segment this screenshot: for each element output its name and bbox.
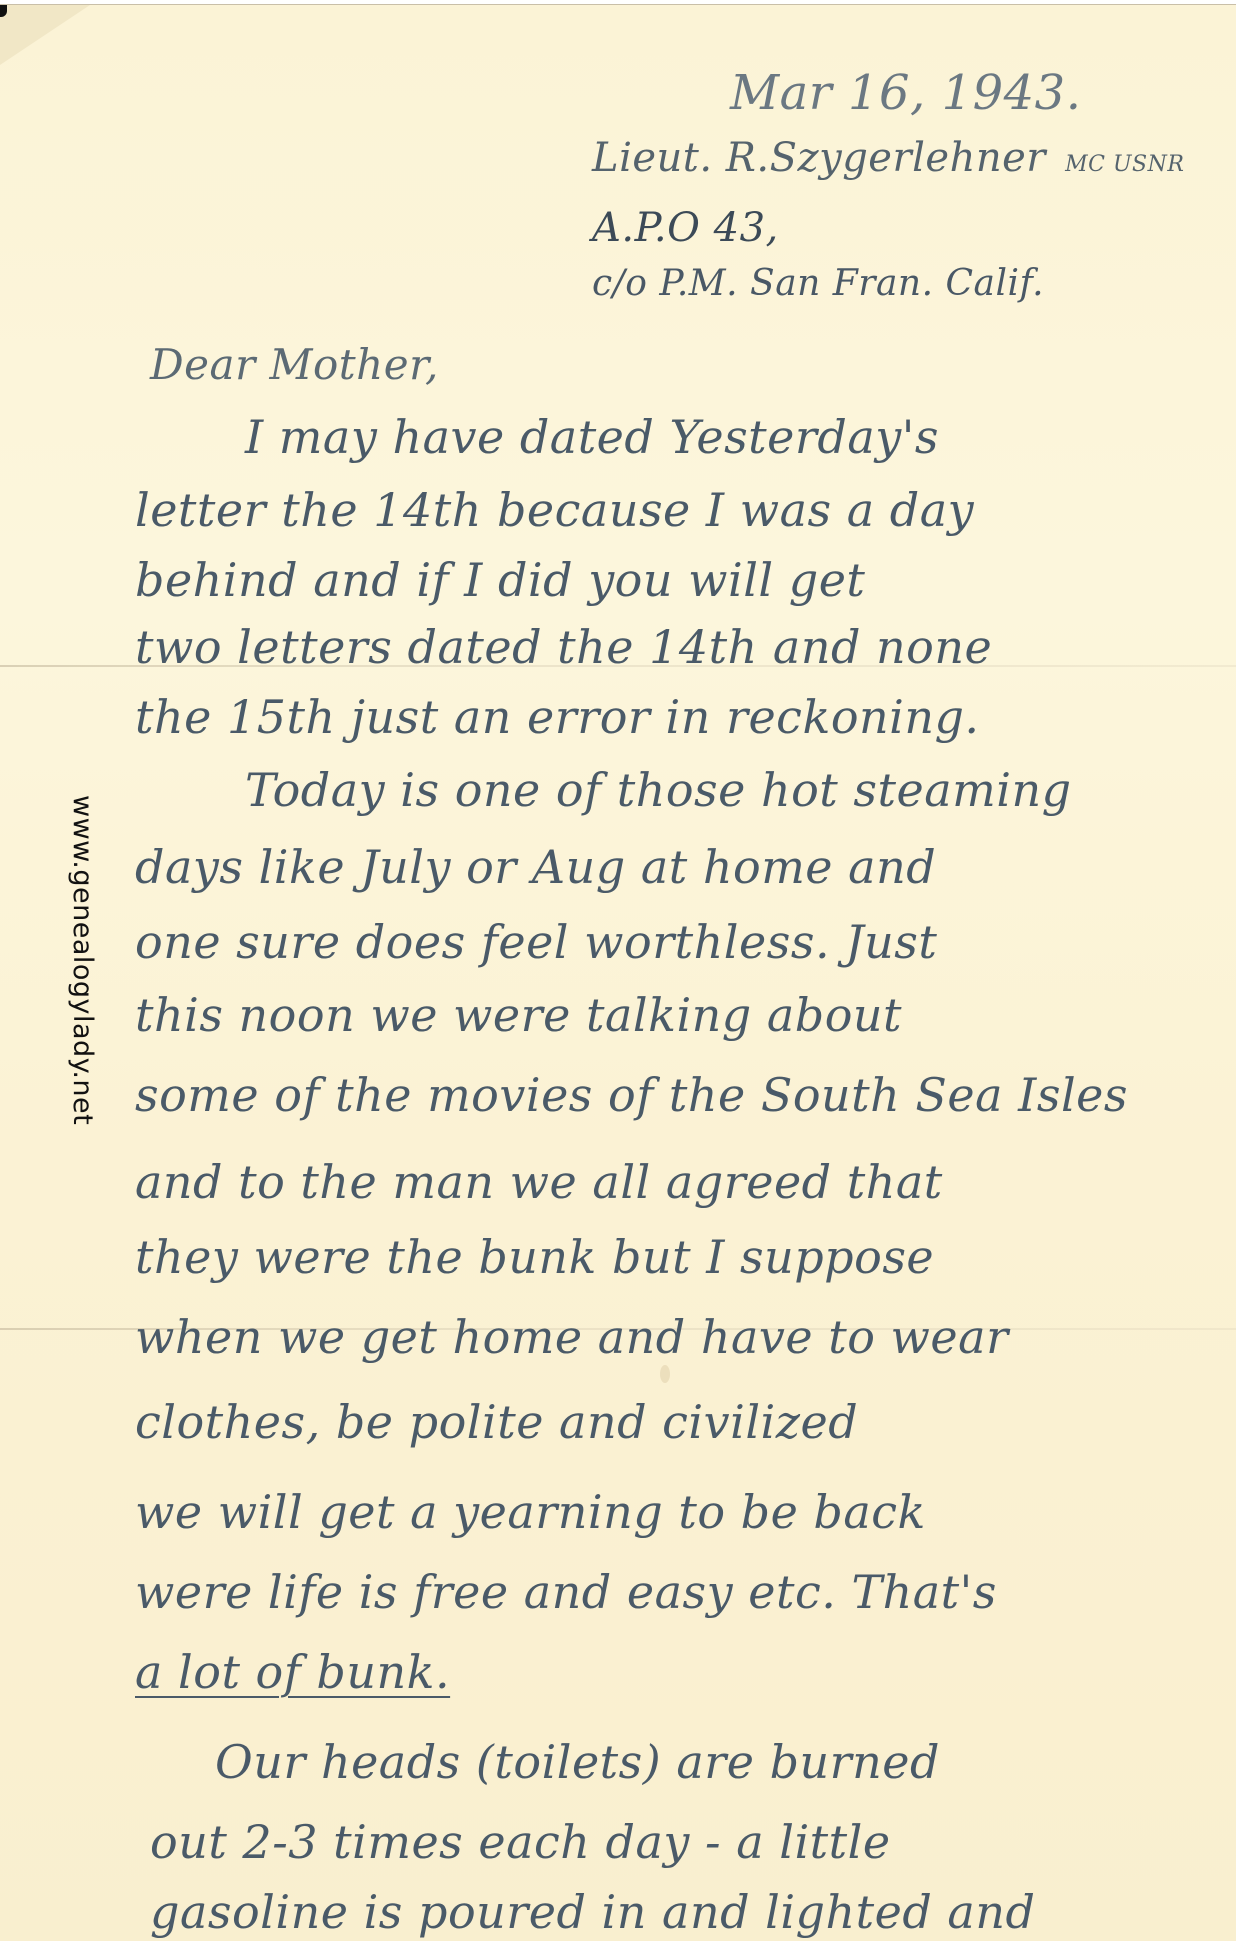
sender-apo: A.P.O 43, xyxy=(592,205,779,251)
letter-page: Mar 16, 1943. Lieut. R.Szygerlehner MC U… xyxy=(0,4,1236,1941)
body-line: clothes, be polite and civilized xyxy=(135,1395,858,1449)
body-line: when we get home and have to wear xyxy=(135,1310,1009,1364)
sender-address: c/o P.M. San Fran. Calif. xyxy=(592,263,1044,304)
body-line: out 2-3 times each day - a little xyxy=(150,1815,891,1869)
body-line: Today is one of those hot steaming xyxy=(245,763,1072,817)
body-line: behind and if I did you will get xyxy=(135,553,865,607)
sender-unit: MC USNR xyxy=(1065,152,1184,177)
body-line-underlined: a lot of bunk. xyxy=(135,1645,450,1699)
website-watermark: www.genealogylady.net xyxy=(58,795,98,1175)
folded-corner xyxy=(0,5,90,65)
body-line: this noon we were talking about xyxy=(135,988,902,1042)
body-line: they were the bunk but I suppose xyxy=(135,1230,934,1284)
body-line: days like July or Aug at home and xyxy=(135,840,936,894)
greeting: Dear Mother, xyxy=(150,340,439,389)
body-line: letter the 14th because I was a day xyxy=(135,483,974,537)
body-line: Our heads (toilets) are burned xyxy=(215,1735,940,1789)
body-line: I may have dated Yesterday's xyxy=(245,410,939,464)
letter-date: Mar 16, 1943. xyxy=(730,65,1081,121)
body-line: two letters dated the 14th and none xyxy=(135,620,992,674)
body-line: some of the movies of the South Sea Isle… xyxy=(135,1068,1128,1122)
sender-name: R.Szygerlehner xyxy=(726,135,1046,181)
body-line: gasoline is poured in and lighted and xyxy=(150,1885,1035,1939)
body-line: and to the man we all agreed that xyxy=(135,1155,943,1209)
body-line: one sure does feel worthless. Just xyxy=(135,915,937,969)
sender-rank: Lieut. xyxy=(592,135,713,181)
body-line: we will get a yearning to be back xyxy=(135,1485,926,1539)
body-line: were life is free and easy etc. That's xyxy=(135,1565,997,1619)
paper-stain xyxy=(660,1365,670,1383)
sender-name-line: Lieut. R.Szygerlehner MC USNR xyxy=(592,135,1184,181)
body-line: the 15th just an error in reckoning. xyxy=(135,690,980,744)
